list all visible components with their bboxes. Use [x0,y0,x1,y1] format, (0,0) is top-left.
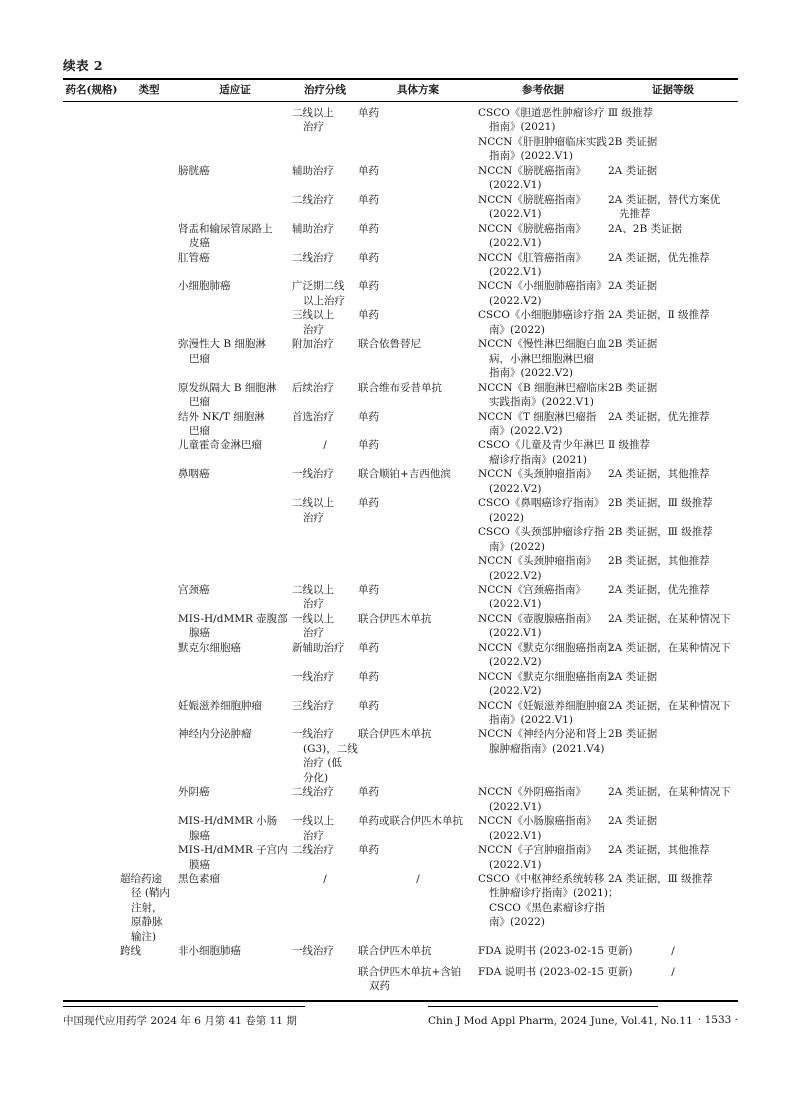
table-row: 外阴癌二线治疗单药NCCN《外阴癌指南》 (2022.V1)2A 类证据，在某种… [63,785,738,814]
cell-regimen: 单药 [358,699,478,713]
table-row: NCCN《头颈肿瘤指南》 (2022.V2)2B 类证据，其他推荐 [63,554,738,583]
cell-reference: NCCN《肝胆肿瘤临床实践 指南》(2022.V1) [478,135,608,164]
cell-regimen: 单药 [358,164,478,178]
table-row: 膀胱癌辅助治疗单药NCCN《膀胱癌指南》 (2022.V1)2A 类证据 [63,164,738,193]
cell-line: 一线治疗 (G3)，二线 治疗 (低 分化) [292,727,358,785]
cell-evidence: Ⅱ 级推荐 [608,438,738,452]
table-row: 一线治疗单药NCCN《默克尔细胞癌指南》 (2022.V2)2A 类证据 [63,670,738,699]
cell-line: 一线治疗 [292,670,358,684]
cell-indication: MIS-H/dMMR 壶腹部 腺癌 [178,612,292,641]
cell-evidence: 2A 类证据，在某种情况下 [608,699,738,713]
cell-line: 辅助治疗 [292,164,358,178]
table-row: 小细胞肺癌广泛期二线 以上治疗单药NCCN《小细胞肺癌指南》 (2022.V2)… [63,279,738,308]
page-number: · 1533 · [698,1014,738,1027]
cell-evidence: 2A 类证据，Ⅱ 级推荐 [608,308,738,322]
cell-regimen: 单药 [358,843,478,857]
cell-indication: 默克尔细胞癌 [178,641,292,655]
cell-regimen: 联合伊匹木单抗+含铂 双药 [358,965,478,994]
cell-evidence: 2B 类证据 [608,337,738,351]
cell-evidence: 2B 类证据 [608,727,738,741]
cell-indication: 宫颈癌 [178,583,292,597]
cell-reference: NCCN《壶腹腺癌指南》 (2022.V1) [478,612,608,641]
journal-page: 续表 2 药名(规格) 类型 适应证 治疗分线 具体方案 参考依据 证据等级 二… [0,0,800,1109]
cell-line: / [292,438,358,452]
cell-evidence: 2B 类证据 [608,381,738,395]
table-continuation-label: 续表 2 [63,56,738,74]
cell-regimen: 单药 [358,106,478,120]
cell-regimen: 联合伊匹木单抗 [358,727,478,741]
col-header-drug-name: 药名(规格) [63,84,120,96]
cell-indication: 原发纵隔大 B 细胞淋 巴瘤 [178,381,292,410]
table-row: MIS-H/dMMR 小肠 腺癌一线以上 治疗单药或联合伊匹木单抗NCCN《小肠… [63,814,738,843]
col-header-evidence-level: 证据等级 [608,84,738,96]
cell-indication: 弥漫性大 B 细胞淋 巴瘤 [178,337,292,366]
cell-reference: NCCN《膀胱癌指南》 (2022.V1) [478,222,608,251]
cell-regimen: 联合伊匹木单抗 [358,944,478,958]
cell-evidence: 2A 类证据 [608,164,738,178]
table-row: 二线以上 治疗单药CSCO《鼻咽癌诊疗指南》 (2022)2B 类证据，Ⅲ 级推… [63,496,738,525]
table-row: 妊娠滋养细胞肿瘤三线治疗单药NCCN《妊娠滋养细胞肿瘤 指南》(2022.V1)… [63,699,738,728]
col-header-regimen: 具体方案 [358,84,478,96]
cell-indication: 膀胱癌 [178,164,292,178]
cell-evidence: / [608,944,738,958]
cell-evidence: 2B 类证据，Ⅲ 级推荐 [608,496,738,510]
cell-regimen: 单药 [358,496,478,510]
cell-indication: 神经内分泌肿瘤 [178,727,292,741]
cell-type: 跨线 [120,944,178,958]
cell-line: 三线治疗 [292,699,358,713]
cell-evidence: 2A 类证据 [608,279,738,293]
table-row: 二线以上 治疗单药CSCO《胆道恶性肿瘤诊疗 指南》(2021)Ⅲ 级推荐 [63,106,738,135]
cell-regimen: 单药 [358,785,478,799]
cell-regimen: 联合依鲁替尼 [358,337,478,351]
table-row: 弥漫性大 B 细胞淋 巴瘤附加治疗联合依鲁替尼NCCN《慢性淋巴细胞白血 病，小… [63,337,738,380]
cell-evidence: 2B 类证据，Ⅲ 级推荐 [608,525,738,539]
cell-reference: NCCN《慢性淋巴细胞白血 病，小淋巴细胞淋巴瘤 指南》(2022.V2) [478,337,608,380]
table-row: 鼻咽癌一线治疗联合顺铂+吉西他滨NCCN《头颈肿瘤指南》 (2022.V2)2A… [63,467,738,496]
cell-evidence: 2A 类证据，优先推荐 [608,583,738,597]
table-row: 原发纵隔大 B 细胞淋 巴瘤后续治疗联合维布妥昔单抗NCCN《B 细胞淋巴瘤临床… [63,381,738,410]
cell-line: 二线以上 治疗 [292,583,358,612]
cell-line: 二线治疗 [292,843,358,857]
cell-evidence: 2A 类证据，Ⅲ 级推荐 [608,872,738,886]
cell-reference: NCCN《外阴癌指南》 (2022.V1) [478,785,608,814]
cell-reference: NCCN《默克尔细胞癌指南》 (2022.V2) [478,670,608,699]
cell-evidence: Ⅲ 级推荐 [608,106,738,120]
table-row: 二线治疗单药NCCN《膀胱癌指南》 (2022.V1)2A 类证据，替代方案优 … [63,193,738,222]
table-row: NCCN《肝胆肿瘤临床实践 指南》(2022.V1)2B 类证据 [63,135,738,164]
table-row: 肛管癌二线治疗单药NCCN《肛管癌指南》 (2022.V1)2A 类证据，优先推… [63,251,738,280]
cell-line: 一线以上 治疗 [292,612,358,641]
cell-indication: 肛管癌 [178,251,292,265]
cell-reference: NCCN《膀胱癌指南》 (2022.V1) [478,164,608,193]
cell-regimen: 单药 [358,308,478,322]
cell-reference: NCCN《妊娠滋养细胞肿瘤 指南》(2022.V1) [478,699,608,728]
cell-reference: CSCO《胆道恶性肿瘤诊疗 指南》(2021) [478,106,608,135]
cell-reference: FDA 说明书 (2023-02-15 更新) [478,965,608,979]
cell-regimen: 单药 [358,410,478,424]
cell-reference: NCCN《T 细胞淋巴瘤指 南》(2022.V2) [478,410,608,439]
cell-evidence: 2A 类证据 [608,814,738,828]
table-row: MIS-H/dMMR 子宫内 膜癌二线治疗单药NCCN《子宫肿瘤指南》 (202… [63,843,738,872]
cell-evidence: 2A 类证据 [608,670,738,684]
cell-indication: 肾盂和输尿管尿路上 皮癌 [178,222,292,251]
cell-evidence: 2A 类证据，替代方案优 先推荐 [608,193,738,222]
cell-line: 后续治疗 [292,381,358,395]
cell-reference: CSCO《鼻咽癌诊疗指南》 (2022) [478,496,608,525]
table-row: 联合伊匹木单抗+含铂 双药FDA 说明书 (2023-02-15 更新)/ [63,965,738,994]
cell-indication: 非小细胞肺癌 [178,944,292,958]
journal-name-cn: 中国现代应用药学 2024 年 6 月第 41 卷第 11 期 [63,1006,305,1028]
table-row: 结外 NK/T 细胞淋 巴瘤首选治疗单药NCCN《T 细胞淋巴瘤指 南》(202… [63,410,738,439]
table-row: 跨线非小细胞肺癌一线治疗联合伊匹木单抗FDA 说明书 (2023-02-15 更… [63,944,738,958]
cell-regimen: 单药 [358,438,478,452]
cell-line: 二线治疗 [292,251,358,265]
table-header-row: 药名(规格) 类型 适应证 治疗分线 具体方案 参考依据 证据等级 [63,80,738,102]
cell-line: / [292,872,358,886]
cell-reference: NCCN《宫颈癌指南》 (2022.V1) [478,583,608,612]
cell-evidence: 2A 类证据，其他推荐 [608,843,738,857]
cell-indication: 小细胞肺癌 [178,279,292,293]
cell-regimen: 单药 [358,583,478,597]
cell-evidence: 2A 类证据，在某种情况下 [608,641,738,655]
cell-reference: NCCN《膀胱癌指南》 (2022.V1) [478,193,608,222]
cell-indication: 结外 NK/T 细胞淋 巴瘤 [178,410,292,439]
cell-reference: CSCO《小细胞肺癌诊疗指 南》(2022) [478,308,608,337]
cell-line: 首选治疗 [292,410,358,424]
cell-evidence: 2A、2B 类证据 [608,222,738,236]
cell-evidence: 2B 类证据，其他推荐 [608,554,738,568]
cell-evidence: 2A 类证据，优先推荐 [608,251,738,265]
cell-evidence: 2A 类证据，在某种情况下 [608,612,738,626]
cell-type: 超给药途 径 (鞘内 注射， 原静脉 输注) [120,872,178,944]
cell-line: 二线以上 治疗 [292,496,358,525]
cell-reference: NCCN《头颈肿瘤指南》 (2022.V2) [478,467,608,496]
table-row: 肾盂和输尿管尿路上 皮癌辅助治疗单药NCCN《膀胱癌指南》 (2022.V1)2… [63,222,738,251]
table-row: 超给药途 径 (鞘内 注射， 原静脉 输注)黑色素瘤//CSCO《中枢神经系统转… [63,872,738,944]
cell-regimen: 单药 [358,279,478,293]
table-row: 宫颈癌二线以上 治疗单药NCCN《宫颈癌指南》 (2022.V1)2A 类证据，… [63,583,738,612]
cell-regimen: 单药或联合伊匹木单抗 [358,814,478,828]
cell-reference: NCCN《小肠腺癌指南》 (2022.V1) [478,814,608,843]
cell-line: 附加治疗 [292,337,358,351]
cell-line: 一线治疗 [292,467,358,481]
cell-regimen: 单药 [358,641,478,655]
cell-line: 二线以上 治疗 [292,106,358,135]
cell-evidence: 2A 类证据，优先推荐 [608,410,738,424]
cell-evidence: 2A 类证据，其他推荐 [608,467,738,481]
table-body: 二线以上 治疗单药CSCO《胆道恶性肿瘤诊疗 指南》(2021)Ⅲ 级推荐NCC… [63,102,738,1000]
cell-reference: NCCN《小细胞肺癌指南》 (2022.V2) [478,279,608,308]
cell-reference: CSCO《头颈部肿瘤诊疗指 南》(2022) [478,525,608,554]
cell-reference: NCCN《神经内分泌和肾上 腺肿瘤指南》(2021.V4) [478,727,608,756]
cell-regimen: 联合顺铂+吉西他滨 [358,467,478,481]
cell-reference: CSCO《儿童及青少年淋巴 瘤诊疗指南》(2021) [478,438,608,467]
cell-evidence: 2B 类证据 [608,135,738,149]
cell-regimen: 单药 [358,222,478,236]
col-header-reference: 参考依据 [478,84,608,96]
cell-evidence: / [608,965,738,979]
cell-line: 一线治疗 [292,944,358,958]
cell-indication: MIS-H/dMMR 小肠 腺癌 [178,814,292,843]
cell-line: 广泛期二线 以上治疗 [292,279,358,308]
table-row: 三线以上 治疗单药CSCO《小细胞肺癌诊疗指 南》(2022)2A 类证据，Ⅱ … [63,308,738,337]
cell-regimen: 单药 [358,193,478,207]
cell-indication: 外阴癌 [178,785,292,799]
data-table: 药名(规格) 类型 适应证 治疗分线 具体方案 参考依据 证据等级 二线以上 治… [63,78,738,1002]
col-header-indication: 适应证 [178,84,292,96]
cell-line: 二线治疗 [292,193,358,207]
journal-name-en: Chin J Mod Appl Pharm, 2024 June, Vol.41… [428,1006,658,1028]
cell-indication: 儿童霍奇金淋巴瘤 [178,438,292,452]
cell-reference: CSCO《中枢神经系统转移 性肿瘤诊疗指南》(2021)； CSCO《黑色素瘤诊… [478,872,608,930]
cell-regimen: 单药 [358,251,478,265]
cell-reference: NCCN《头颈肿瘤指南》 (2022.V2) [478,554,608,583]
cell-indication: MIS-H/dMMR 子宫内 膜癌 [178,843,292,872]
cell-line: 三线以上 治疗 [292,308,358,337]
table-row: 神经内分泌肿瘤一线治疗 (G3)，二线 治疗 (低 分化)联合伊匹木单抗NCCN… [63,727,738,785]
cell-line: 一线以上 治疗 [292,814,358,843]
cell-regimen: 联合伊匹木单抗 [358,612,478,626]
table-row: 儿童霍奇金淋巴瘤/单药CSCO《儿童及青少年淋巴 瘤诊疗指南》(2021)Ⅱ 级… [63,438,738,467]
cell-reference: NCCN《默克尔细胞癌指南》 (2022.V2) [478,641,608,670]
cell-reference: NCCN《子宫肿瘤指南》 (2022.V1) [478,843,608,872]
cell-line: 新辅助治疗 [292,641,358,655]
cell-indication: 鼻咽癌 [178,467,292,481]
col-header-type: 类型 [120,84,178,96]
cell-line: 辅助治疗 [292,222,358,236]
cell-indication: 黑色素瘤 [178,872,292,886]
table-row: 默克尔细胞癌新辅助治疗单药NCCN《默克尔细胞癌指南》 (2022.V2)2A … [63,641,738,670]
table-row: MIS-H/dMMR 壶腹部 腺癌一线以上 治疗联合伊匹木单抗NCCN《壶腹腺癌… [63,612,738,641]
cell-reference: NCCN《肛管癌指南》 (2022.V1) [478,251,608,280]
cell-evidence: 2A 类证据，在某种情况下 [608,785,738,799]
cell-reference: NCCN《B 细胞淋巴瘤临床 实践指南》(2022.V1) [478,381,608,410]
cell-line: 二线治疗 [292,785,358,799]
table-area: 续表 2 药名(规格) 类型 适应证 治疗分线 具体方案 参考依据 证据等级 二… [63,56,738,1002]
table-row: CSCO《头颈部肿瘤诊疗指 南》(2022)2B 类证据，Ⅲ 级推荐 [63,525,738,554]
cell-regimen: 单药 [358,670,478,684]
cell-indication: 妊娠滋养细胞肿瘤 [178,699,292,713]
col-header-treatment-line: 治疗分线 [292,84,358,96]
cell-regimen: 联合维布妥昔单抗 [358,381,478,395]
cell-regimen: / [358,872,478,886]
cell-reference: FDA 说明书 (2023-02-15 更新) [478,944,608,958]
